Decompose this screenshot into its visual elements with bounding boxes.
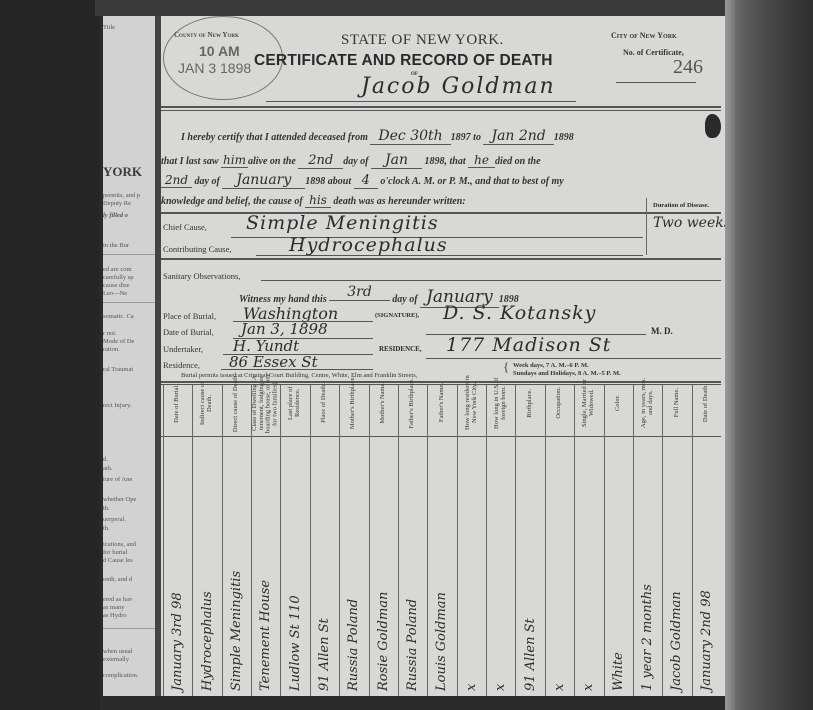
- table-cell-value: Rosie Goldman: [376, 441, 391, 691]
- table-cell: x: [486, 441, 515, 691]
- certificate-title: CERTIFICATE AND RECORD OF DEATH: [254, 52, 553, 70]
- column-header-label: Age, in years, mos. and days.: [641, 373, 655, 433]
- table-column-header: Last place of Residence.: [280, 373, 309, 433]
- certify-text: that I last saw: [161, 156, 219, 167]
- table-cell: Ludlow St 110: [280, 441, 309, 691]
- left-page-fragment: d.: [103, 456, 108, 463]
- physician-residence-line: [426, 358, 721, 359]
- table-column-header: How long resident in New York City.: [457, 373, 486, 433]
- left-page-fragment: ly filled o: [103, 212, 128, 219]
- column-header-label: Direct cause of Death.: [233, 374, 240, 432]
- column-divider: [251, 385, 252, 696]
- decedent-name: Jacob Goldman: [361, 74, 556, 99]
- left-page-fragment: uerperal.: [103, 516, 126, 523]
- column-divider: [280, 385, 281, 696]
- undertaker-residence-line: [221, 369, 373, 370]
- left-page-fragment: permits, and p: [103, 192, 140, 199]
- left-page-heading: YORK: [103, 164, 142, 180]
- table-header-rule: [161, 436, 721, 437]
- certify-line-4: knowledge and belief, the cause of his d…: [161, 193, 466, 207]
- table-cell-value: January 3rd 98: [170, 441, 185, 691]
- table-column-header: Direct cause of Death.: [222, 373, 251, 433]
- column-divider: [222, 385, 223, 696]
- left-page-fragment: somatic. Ca: [103, 313, 134, 320]
- left-page-fragment: r not.: [103, 330, 117, 337]
- column-header-label: Date of Burial.: [174, 384, 181, 423]
- table-cell-value: January 2nd 98: [699, 441, 714, 691]
- left-page-fragment: cause dise: [103, 282, 130, 289]
- certify-text: about: [328, 176, 351, 187]
- column-header-label: Mother's Name.: [380, 382, 387, 424]
- certify-text: died on the: [495, 156, 541, 167]
- left-partial-page: Title YORK permits, and p Deputy Re ly f…: [103, 16, 157, 696]
- book-edge: [735, 0, 813, 710]
- certify-line-2: that I last saw himalive on the 2ndday o…: [161, 152, 541, 168]
- column-header-label: How long in U.S. if foreign born.: [494, 373, 508, 433]
- column-divider: [339, 385, 340, 696]
- column-divider: [515, 385, 516, 696]
- table-column-header: Color.: [604, 373, 633, 433]
- pronoun-died: he: [468, 153, 495, 168]
- table-cell: White: [604, 441, 633, 691]
- causes-top-rule: [161, 212, 721, 214]
- certify-text: alive on the: [248, 156, 296, 167]
- column-divider: [662, 385, 663, 696]
- duration-label: Duration of Disease.: [653, 202, 709, 209]
- column-header-label: Mother's Birthplace.: [350, 376, 357, 429]
- table-cell: 91 Allen St: [310, 441, 339, 691]
- attended-from: Dec 30th: [370, 128, 450, 145]
- column-divider: [545, 385, 546, 696]
- left-page-rule: [103, 302, 157, 303]
- table-cell-value: Louis Goldman: [434, 441, 449, 691]
- physician-signature: D. S. Kotansky: [443, 302, 596, 324]
- table-cell-value: White: [611, 441, 626, 691]
- table-cell: Russia Poland: [339, 441, 368, 691]
- stamp-county: County of New York: [174, 31, 239, 39]
- stamp-date: JAN 3 1898: [178, 60, 251, 76]
- attended-to: Jan 2nd: [483, 128, 553, 145]
- column-header-label: Last place of Residence.: [288, 373, 302, 433]
- left-page-fragment: as Hydro: [103, 612, 127, 619]
- table-column-header: Birthplace.: [515, 373, 544, 433]
- table-cell-value: Simple Meningitis: [229, 441, 244, 691]
- table-cell: Russia Poland: [398, 441, 427, 691]
- certify-line-3: 2nd day of January1898 about 4 o'clock A…: [161, 172, 564, 188]
- table-cell-value: Ludlow St 110: [288, 441, 303, 691]
- left-page-fragment: rect Injury.: [103, 402, 131, 409]
- column-divider: [310, 385, 311, 696]
- dark-background-top: [95, 0, 745, 16]
- table-cell: January 2nd 98: [692, 441, 721, 691]
- left-page-rule: [103, 628, 157, 629]
- table-column-header: Full Name.: [662, 373, 691, 433]
- dark-background-left: [0, 0, 100, 710]
- contributing-cause-line: [256, 255, 643, 256]
- year-d: 1898: [305, 176, 325, 187]
- left-page-fragment: ration.: [103, 346, 120, 353]
- table-cell-value: x: [552, 441, 567, 691]
- left-page-fragment: d Cause les: [103, 557, 133, 564]
- column-divider: [163, 385, 164, 696]
- table-cell-value: x: [581, 441, 596, 691]
- certify-text: day of: [343, 156, 368, 167]
- left-page-fragment: whether Ope: [103, 496, 136, 503]
- death-month: January: [222, 172, 305, 189]
- undertaker-residence-label: Residence,: [163, 360, 200, 370]
- certificate-number: 246: [673, 56, 703, 79]
- certify-text: knowledge and belief, the cause of: [161, 196, 303, 207]
- name-underline: [266, 101, 576, 102]
- column-header-label: Father's Birthplace.: [409, 378, 416, 429]
- column-header-label: Class of Dwelling (A tenement, lodging o…: [252, 373, 279, 433]
- left-page-fragment: in the Bur: [103, 242, 129, 249]
- pronoun-cause: his: [305, 193, 331, 208]
- column-header-label: Birthplace.: [527, 389, 534, 418]
- table-column-header: Mother's Birthplace.: [339, 373, 368, 433]
- left-page-fragment: when usual: [103, 648, 132, 655]
- left-page-fragment: Deputy Re: [103, 200, 131, 207]
- year-a: 1897: [451, 132, 471, 143]
- city-label: City of New York: [611, 31, 677, 40]
- left-page-fragment: ered as hav: [103, 596, 132, 603]
- table-cell-value: 91 Allen St: [317, 441, 332, 691]
- date-of-burial-value: Jan 3, 1898: [241, 320, 328, 338]
- table-column-header: Indirect cause of Death.: [192, 373, 221, 433]
- certify-text: day of: [195, 176, 220, 187]
- column-header-label: Full Name.: [674, 388, 681, 417]
- table-cell: Jacob Goldman: [662, 441, 691, 691]
- duration-rule: [648, 212, 721, 213]
- sanitary-observations-label: Sanitary Observations,: [163, 271, 240, 281]
- left-page-fragment: externally: [103, 656, 129, 663]
- table-cell: Tenement House: [251, 441, 280, 691]
- table-column-header: Mother's Name.: [369, 373, 398, 433]
- ink-blot: [705, 114, 721, 138]
- table-cell: Rosie Goldman: [369, 441, 398, 691]
- left-page-fragment: for burial: [103, 549, 127, 556]
- stamp-time: 10 AM: [199, 43, 240, 59]
- death-day: 2nd: [161, 173, 192, 188]
- left-page-fragment: ed are com: [103, 266, 132, 273]
- left-page-fragment: th.: [103, 505, 110, 512]
- certify-text: death was as hereunder written:: [333, 196, 465, 207]
- table-column-header: Father's Name.: [427, 373, 456, 433]
- contributing-cause-label: Contributing Cause,: [163, 244, 231, 254]
- left-page-fragment: complication.: [103, 672, 139, 679]
- table-cell-value: x: [493, 441, 508, 691]
- table-cell: x: [457, 441, 486, 691]
- chief-cause-label: Chief Cause,: [163, 222, 207, 232]
- chief-cause-value: Simple Meningitis: [246, 212, 439, 234]
- table-cell: Louis Goldman: [427, 441, 456, 691]
- certify-line-1: I hereby certify that I attended decease…: [181, 128, 574, 144]
- table-cell-value: 91 Allen St: [523, 441, 538, 691]
- table-column-header: Single, Married or Widowed.: [574, 373, 603, 433]
- table-cell-value: Jacob Goldman: [669, 441, 684, 691]
- table-column-header: Place of Death.: [310, 373, 339, 433]
- column-header-label: Place of Death.: [321, 383, 328, 423]
- duration-divider: [646, 198, 647, 255]
- physician-residence-label: RESIDENCE,: [379, 345, 422, 353]
- left-page-fragment: ture of Ane: [103, 476, 132, 483]
- header-rule-thin: [161, 110, 721, 111]
- column-header-label: Color.: [615, 395, 622, 411]
- table-cell: 91 Allen St: [515, 441, 544, 691]
- table-cell-value: 1 year 2 months: [640, 441, 655, 691]
- column-header-label: Occupation.: [556, 387, 563, 419]
- causes-bottom-rule: [161, 258, 721, 260]
- table-cell-value: Russia Poland: [405, 441, 420, 691]
- table-cell-value: x: [464, 441, 479, 691]
- sanitary-observations-line: [261, 280, 721, 281]
- left-page-fragment: ath.: [103, 465, 113, 472]
- table-cell: Hydrocephalus: [192, 441, 221, 691]
- table-column-header: Age, in years, mos. and days.: [633, 373, 662, 433]
- death-hour: 4: [354, 173, 378, 189]
- left-page-fragment: ications, and: [103, 541, 136, 548]
- table-column-header: Father's Birthplace.: [398, 373, 427, 433]
- physician-residence-value: 177 Madison St: [446, 334, 611, 356]
- undertaker-label: Undertaker,: [163, 344, 203, 354]
- column-header-label: Indirect cause of Death.: [200, 373, 214, 433]
- table-column-header: Occupation.: [545, 373, 574, 433]
- column-header-label: Father's Name.: [439, 383, 446, 422]
- table-column-header: Date of Burial.: [163, 373, 192, 433]
- pronoun-alive: him: [221, 153, 248, 168]
- left-page-fragment: carefully sp: [103, 274, 134, 281]
- column-header-label: How long resident in New York City.: [465, 373, 479, 433]
- to-label: to: [473, 132, 481, 143]
- table-cell-value: Tenement House: [258, 441, 273, 691]
- column-divider: [427, 385, 428, 696]
- table-cell: January 3rd 98: [163, 441, 192, 691]
- column-divider: [486, 385, 487, 696]
- table-cell-value: Russia Poland: [346, 441, 361, 691]
- table-column-header: Date of Death.: [692, 373, 721, 433]
- column-header-label: Single, Married or Widowed.: [582, 373, 596, 433]
- certify-text: , that: [445, 156, 466, 167]
- column-divider: [192, 385, 193, 696]
- contributing-cause-value: Hydrocephalus: [289, 234, 448, 256]
- column-divider: [398, 385, 399, 696]
- witness-text: day of: [392, 294, 417, 305]
- md-label: M. D.: [651, 326, 673, 336]
- header-rule: [161, 106, 721, 108]
- state-heading: STATE OF NEW YORK.: [341, 32, 504, 49]
- table-cell: x: [574, 441, 603, 691]
- table-cell: x: [545, 441, 574, 691]
- table-column-header: Class of Dwelling (A tenement, lodging o…: [251, 373, 280, 433]
- column-divider: [369, 385, 370, 696]
- column-divider: [692, 385, 693, 696]
- table-cell-value: Hydrocephalus: [200, 441, 215, 691]
- date-of-burial-label: Date of Burial,: [163, 327, 214, 337]
- death-certificate: County of New York 10 AM JAN 3 1898 STAT…: [161, 16, 727, 696]
- witness-day: 3rd: [329, 284, 390, 301]
- year-c: 1898: [425, 156, 445, 167]
- left-page-fragment: ral Traumat: [103, 366, 133, 373]
- table-cell: 1 year 2 months: [633, 441, 662, 691]
- column-header-label: Date of Death.: [703, 384, 710, 422]
- left-page-fragment: as many: [103, 604, 124, 611]
- column-divider: [457, 385, 458, 696]
- signature-label: (SIGNATURE),: [375, 312, 419, 319]
- last-seen-month: Jan: [371, 152, 422, 169]
- table-column-header: How long in U.S. if foreign born.: [486, 373, 515, 433]
- duration-value: Two weeks: [653, 215, 731, 231]
- certificate-number-underline: [616, 82, 696, 83]
- left-page-rule: [103, 254, 157, 255]
- certify-text: o'clock A. M. or P. M., and that to best…: [380, 176, 563, 187]
- certify-text: I hereby certify that I attended decease…: [181, 132, 368, 143]
- weekday-hours: Week days, 7 A. M.–6 P. M.: [513, 362, 589, 369]
- left-page-fragment: Title: [103, 24, 115, 31]
- column-divider: [574, 385, 575, 696]
- table-cell: Simple Meningitis: [222, 441, 251, 691]
- left-page-fragment: Mode of De: [103, 338, 134, 345]
- column-divider: [633, 385, 634, 696]
- year-b: 1898: [554, 132, 574, 143]
- left-page-fragment: th.: [103, 525, 110, 532]
- left-page-fragment: onth, and d: [103, 576, 132, 583]
- column-divider: [604, 385, 605, 696]
- last-seen-day: 2nd: [298, 153, 343, 169]
- place-of-burial-label: Place of Burial,: [163, 311, 216, 321]
- left-page-fragment: Leo—Ne: [103, 290, 127, 297]
